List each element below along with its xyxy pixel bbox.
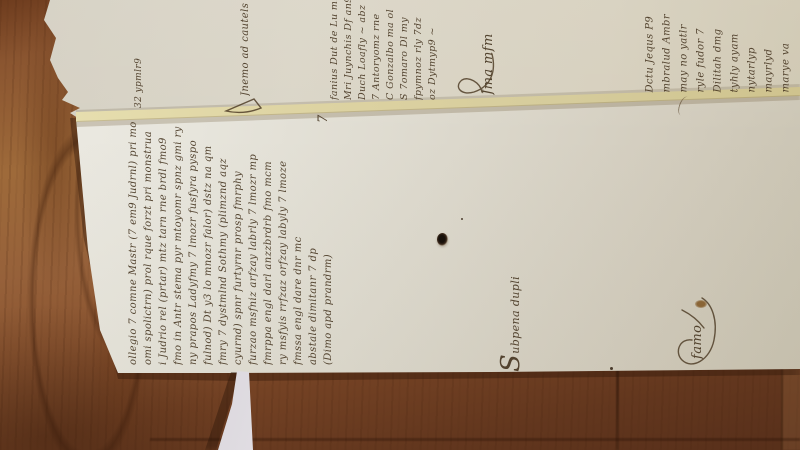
manuscript-line: fmry 7 dystmlnd Sothmy (plimznd aqz <box>216 113 231 365</box>
flap-line: Dilitah dmg <box>710 0 727 93</box>
flap-center-block: fanius Dut de Lu mr Mri Juynchis Df an9 … <box>328 0 440 100</box>
flap-line: 7 Antoryomz rne <box>370 0 384 100</box>
flap-line: mayrlyd <box>761 0 778 93</box>
manuscript-line: fmssa engl dare dnr mc <box>291 113 306 365</box>
flap-line: mbralud Ambr <box>659 0 676 93</box>
triangle-flourish <box>224 95 266 115</box>
manuscript-line: i Judrio rel (prtar) mtz tarn rne brdl f… <box>156 113 171 365</box>
flap-line: ryle fudor 7 <box>693 0 710 93</box>
flap-line: fanius Dut de Lu mr <box>328 0 342 100</box>
flap-line: nytarlyp <box>744 0 761 93</box>
manuscript-line: ry msfyis rrfzaz orfzay labyly 7 lmoze <box>276 113 291 365</box>
manuscript-line: abstale dimitanr 7 dp <box>306 113 321 365</box>
manuscript-line: fmo in Antr stema pyr mtoyomr spnz gmi r… <box>171 113 186 365</box>
flap-margin-note-text: 32 ypmlr9 <box>126 52 152 108</box>
flap-line: fpymnoz rly 7dz <box>412 0 426 100</box>
manuscript-line: ny prapos Ladyfmy 7 lmozr fusfyra pyspo <box>186 113 201 365</box>
page-hole <box>437 233 448 246</box>
catchword-mark: 7 <box>315 103 333 123</box>
flap-line: Duch Loafly ~ abz <box>356 0 370 100</box>
dust-speck <box>461 218 463 220</box>
flap-line: tyhly ayam <box>727 0 744 93</box>
photograph-of-manuscript: 32 ypmlr9 Jnemo ad cautels 7 fanius Dut … <box>0 0 800 450</box>
manuscript-line: cyurnd) spnr furtyrnr prosp fmrphy <box>231 113 246 365</box>
flap-line: may no yatlr <box>676 0 693 93</box>
flap-line: oz Dytmyp9 ~ <box>426 0 440 100</box>
manuscript-line: fmrppa engl darl anzzbrdrb fmo mcm <box>261 113 276 365</box>
manuscript-line: (Dimo apd prandrm) <box>321 113 336 365</box>
flap-right-block: Dctu Jequs P9 mbralud Ambr may no yatlr … <box>642 0 795 93</box>
subpena-annotation: Subpena dupli <box>496 246 526 372</box>
signature-descender-flourish <box>452 52 502 98</box>
flap-line: S 7omaro Dl my <box>398 0 412 100</box>
manuscript-line: omi spolictrn) prol rque forzt pri monst… <box>141 113 156 365</box>
ink-blot <box>695 300 707 308</box>
flap-line: C Gonzalbo ma ol <box>384 0 398 100</box>
flap-line: Dctu Jequs P9 <box>642 0 659 93</box>
main-text-block: ollegio 7 comne Mastr (7 em9 Judrnl) pri… <box>126 113 336 365</box>
manuscript-line: furzao msfniz arfzay labrly 7 lmozr mp <box>246 113 261 365</box>
manuscript-line: ollegio 7 comne Mastr (7 em9 Judrnl) pri… <box>126 113 141 365</box>
dust-speck <box>610 367 613 370</box>
flap-line: marye va <box>778 0 795 93</box>
catchword-text: 7 <box>315 103 333 123</box>
flap-line: Mri Juynchis Df an9 <box>342 0 356 100</box>
flap-margin-note: 32 ypmlr9 <box>126 52 152 108</box>
manuscript-line: fulnod) Dt y3 lo mnozr falor) dstz na qm <box>201 113 216 365</box>
flap-cautele-text: Jnemo ad cautels 7 <box>234 0 258 96</box>
subpena-text: Subpena dupli <box>496 246 526 372</box>
flap-cautele-line: Jnemo ad cautels 7 <box>234 0 258 96</box>
